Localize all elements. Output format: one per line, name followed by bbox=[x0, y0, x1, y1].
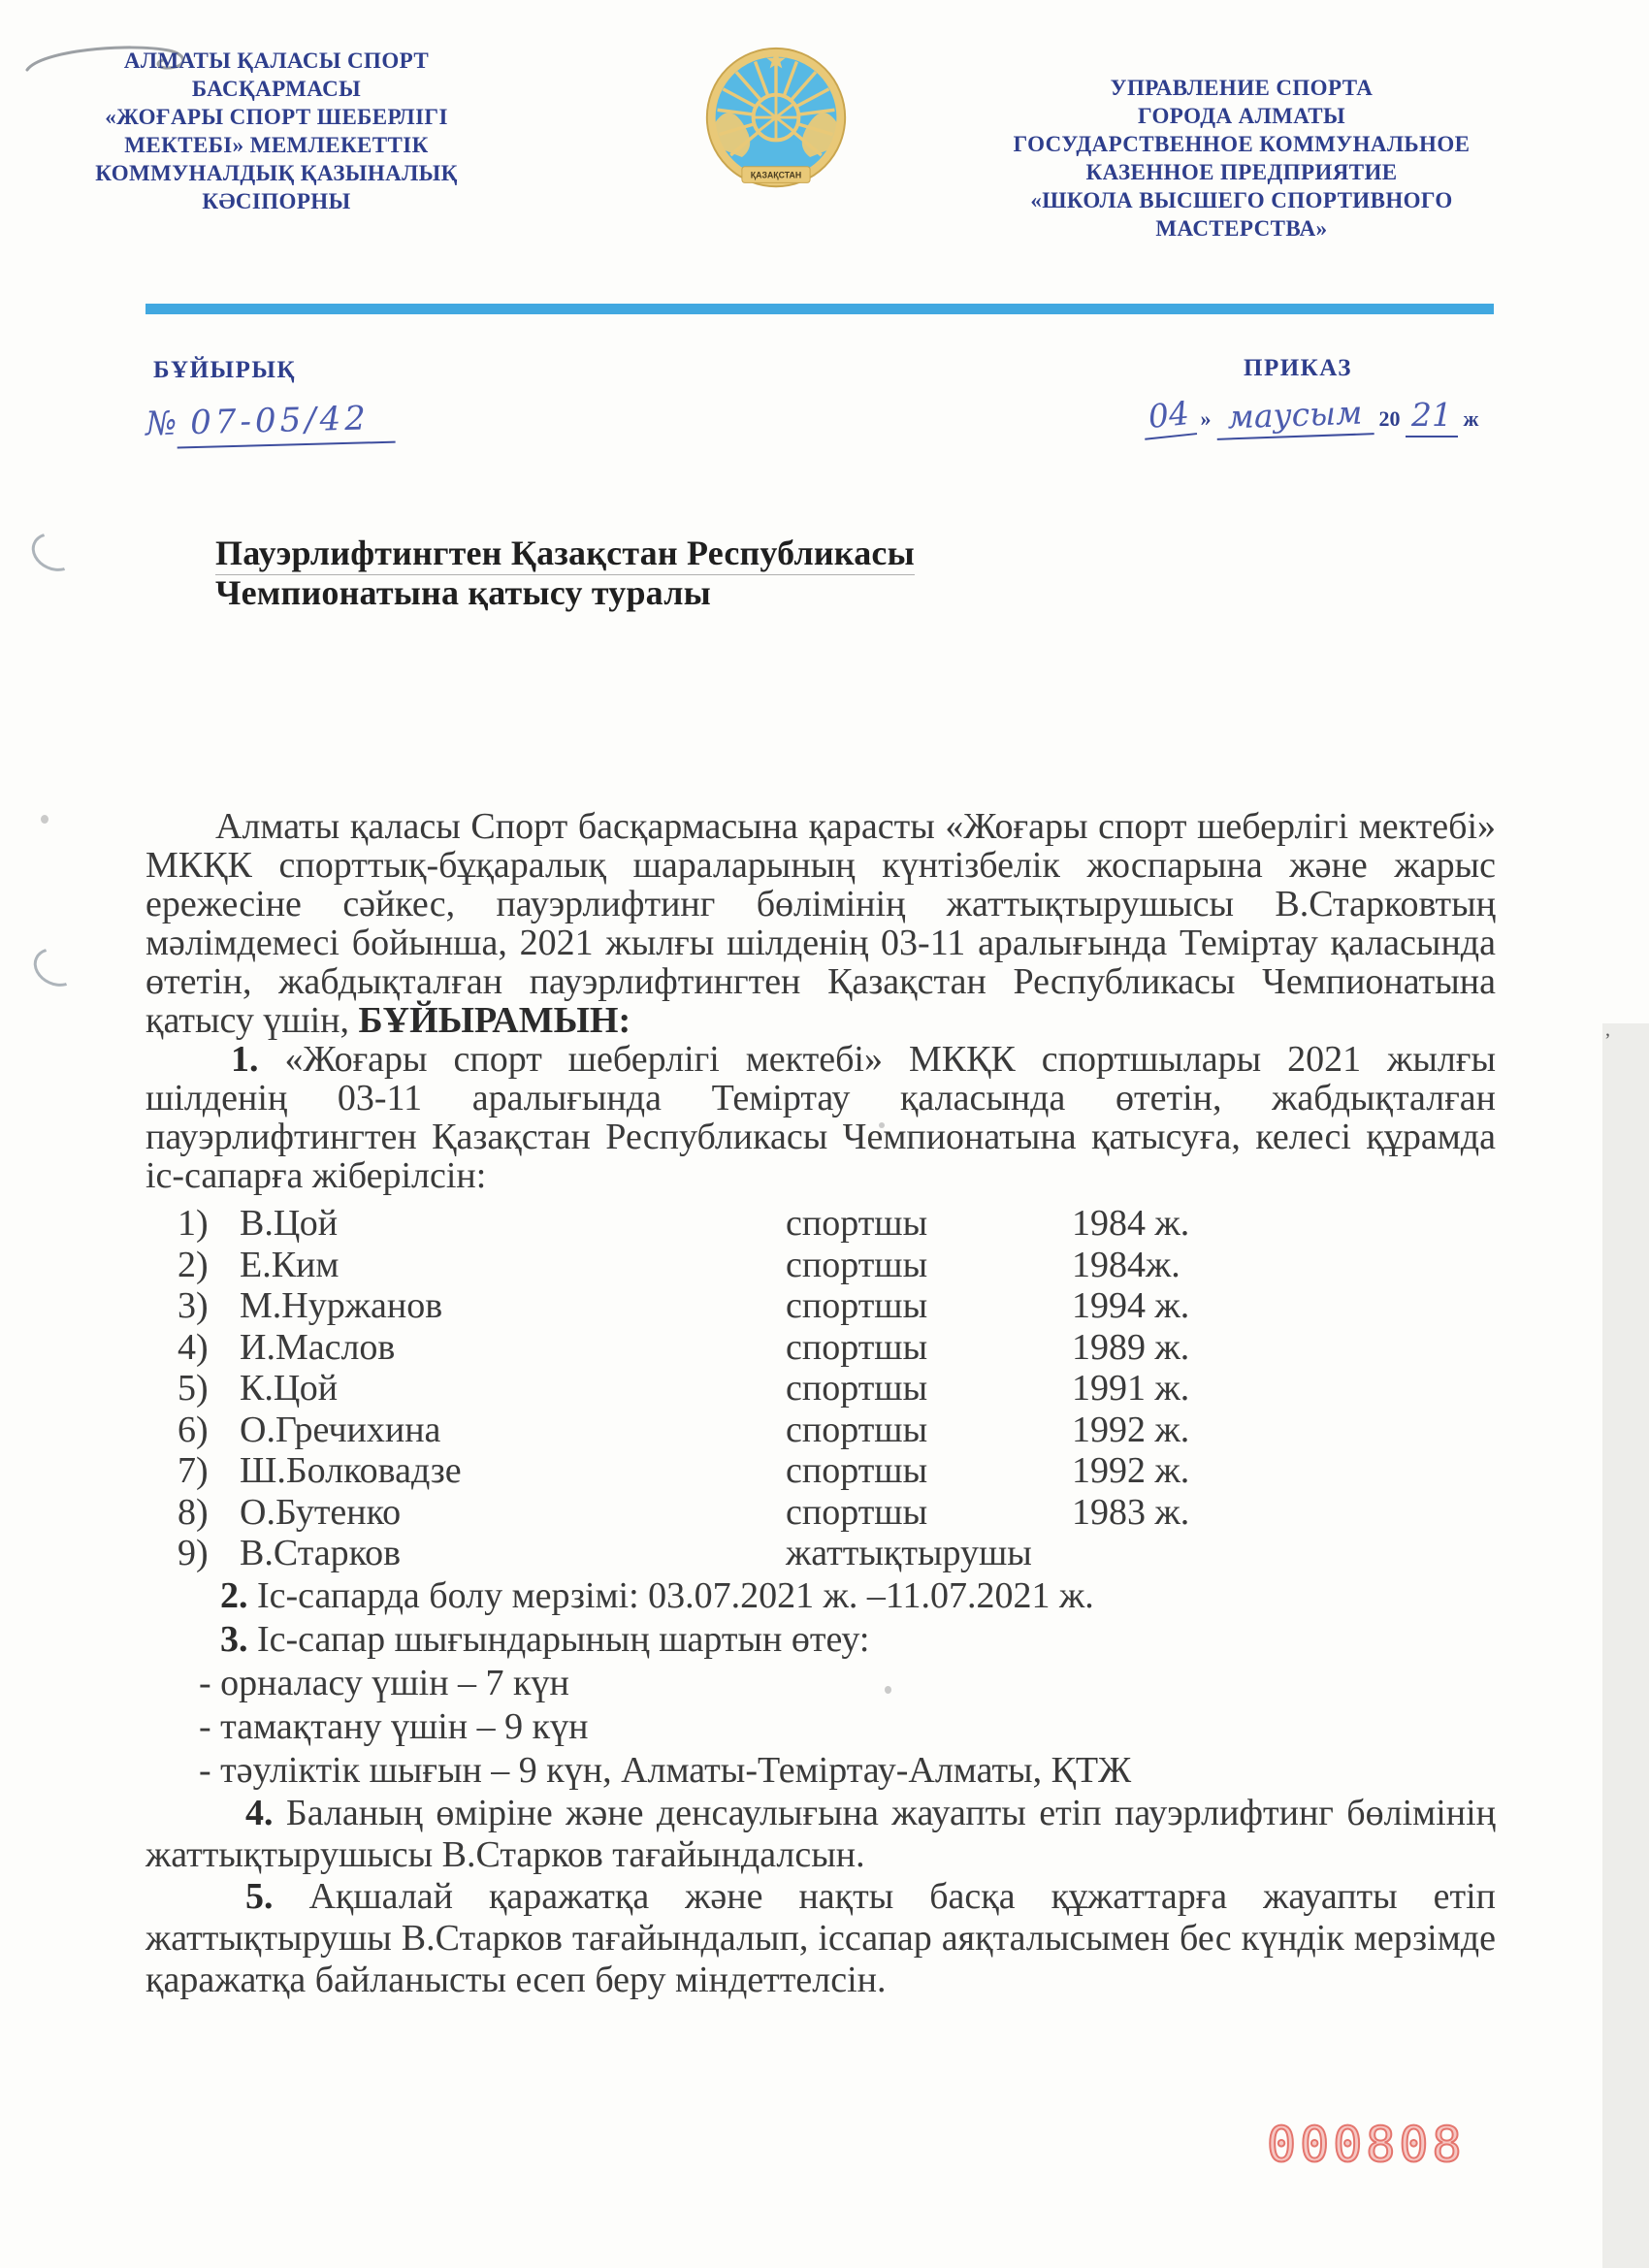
org-line: КОММУНАЛДЫҚ ҚАЗЫНАЛЫҚ bbox=[92, 159, 461, 187]
roster-name: Ш.Болковадзе bbox=[240, 1450, 786, 1492]
document-title: Пауэрлифтингтен Қазақстан Республикасы Ч… bbox=[215, 534, 915, 613]
expense-bullet: - тамақтану үшін – 9 күн bbox=[145, 1705, 1496, 1749]
roster-name: В.Цой bbox=[240, 1203, 786, 1245]
roster-row: 4) И.Маслов спортшы 1989 ж. bbox=[178, 1327, 1496, 1369]
preamble-text: Алматы қаласы Спорт басқармасына қарасты… bbox=[145, 806, 1496, 1041]
order-date-line: 04 » маусым 20 21 ж bbox=[1143, 396, 1478, 437]
org-line: «ШКОЛА ВЫСШЕГО СПОРТИВНОГО bbox=[965, 186, 1518, 214]
roster-index: 9) bbox=[178, 1533, 240, 1574]
roster-birth-year: 1984ж. bbox=[1072, 1245, 1496, 1286]
roster-name: И.Маслов bbox=[240, 1327, 786, 1369]
org-line: МЕКТЕБІ» МЕМЛЕКЕТТІК bbox=[92, 131, 461, 159]
roster-birth-year: 1994 ж. bbox=[1072, 1285, 1496, 1327]
scan-speck: ʼ bbox=[1604, 1030, 1611, 1053]
order-item-5: 5. Ақшалай қаражатқа және нақты басқа құ… bbox=[145, 1876, 1496, 2001]
item-number: 3. bbox=[220, 1619, 248, 1660]
roster-role: спортшы bbox=[786, 1368, 1072, 1409]
roster-birth-year: 1992 ж. bbox=[1072, 1409, 1496, 1451]
title-line-1: Пауэрлифтингтен Қазақстан Республикасы bbox=[215, 534, 915, 575]
roster-role: спортшы bbox=[786, 1492, 1072, 1534]
expense-bullet: - тәуліктік шығын – 9 күн, Алматы-Темірт… bbox=[145, 1749, 1496, 1793]
order-item-4: 4. Баланың өміріне және денсаулығына жау… bbox=[145, 1793, 1496, 1876]
roster-index: 5) bbox=[178, 1368, 240, 1409]
roster-name: М.Нуржанов bbox=[240, 1285, 786, 1327]
item-number: 4. bbox=[245, 1793, 274, 1833]
roster-name: Е.Ким bbox=[240, 1245, 786, 1286]
roster-row: 7) Ш.Болковадзе спортшы 1992 ж. bbox=[178, 1450, 1496, 1492]
roster-name: О.Бутенко bbox=[240, 1492, 786, 1534]
scan-speck bbox=[41, 815, 48, 824]
org-line: УПРАВЛЕНИЕ СПОРТА bbox=[965, 74, 1518, 102]
org-line: ГОРОДА АЛМАТЫ bbox=[965, 102, 1518, 130]
roster-index: 3) bbox=[178, 1285, 240, 1327]
item-number: 2. bbox=[220, 1575, 248, 1616]
registration-stamp-number: 000808 bbox=[1267, 2117, 1466, 2173]
roster-index: 6) bbox=[178, 1409, 240, 1451]
roster-index: 7) bbox=[178, 1450, 240, 1492]
roster-row: 9) В.Старков жаттықтырушы bbox=[178, 1533, 1496, 1574]
kazakhstan-emblem-icon: ҚАЗАҚСТАН bbox=[700, 44, 852, 195]
document-body: Алматы қаласы Спорт басқармасына қарасты… bbox=[145, 807, 1496, 2001]
date-century: 20 bbox=[1379, 406, 1401, 431]
item-text: Ақшалай қаражатқа және нақты басқа құжат… bbox=[145, 1876, 1496, 2000]
scan-edge-shadow bbox=[1602, 1023, 1649, 2268]
order-verb-bold: БҰЙЫРАМЫН: bbox=[359, 1000, 631, 1041]
expense-bullets: - орналасу үшін – 7 күн- тамақтану үшін … bbox=[145, 1662, 1496, 1793]
org-line: ГОСУДАРСТВЕННОЕ КОММУНАЛЬНОЕ bbox=[965, 130, 1518, 158]
emblem-caption: ҚАЗАҚСТАН bbox=[751, 170, 801, 179]
item-text: Іс-сапарда болу мерзімі: 03.07.2021 ж. –… bbox=[248, 1575, 1094, 1616]
org-line: «ЖОҒАРЫ СПОРТ ШЕБЕРЛІГІ bbox=[92, 103, 461, 131]
order-item-2: 2. Іс-сапарда болу мерзімі: 03.07.2021 ж… bbox=[145, 1574, 1496, 1618]
roster-role: спортшы bbox=[786, 1203, 1072, 1245]
roster-birth-year: 1983 ж. bbox=[1072, 1492, 1496, 1534]
order-item-3: 3. Іс-сапар шығындарының шартын өтеу: bbox=[145, 1618, 1496, 1662]
scanned-order-document: ʼ АЛМАТЫ ҚАЛАСЫ СПОРТБАСҚАРМАСЫ«ЖОҒАРЫ С… bbox=[0, 0, 1649, 2268]
item-text: Баланың өміріне және денсаулығына жауапт… bbox=[145, 1793, 1496, 1875]
preamble-paragraph: Алматы қаласы Спорт басқармасына қарасты… bbox=[145, 807, 1496, 1040]
item-text: Іс-сапар шығындарының шартын өтеу: bbox=[248, 1619, 870, 1660]
roster-birth-year: 1984 ж. bbox=[1072, 1203, 1496, 1245]
punch-hole-mark bbox=[31, 534, 76, 570]
org-line: МАСТЕРСТВА» bbox=[965, 214, 1518, 243]
roster-row: 5) К.Цой спортшы 1991 ж. bbox=[178, 1368, 1496, 1409]
date-suffix: ж bbox=[1464, 406, 1479, 431]
org-name-russian: УПРАВЛЕНИЕ СПОРТАГОРОДА АЛМАТЫГОСУДАРСТВ… bbox=[965, 74, 1518, 243]
roster-name: К.Цой bbox=[240, 1368, 786, 1409]
roster-index: 2) bbox=[178, 1245, 240, 1286]
roster-row: 3) М.Нуржанов спортшы 1994 ж. bbox=[178, 1285, 1496, 1327]
roster-birth-year bbox=[1072, 1533, 1496, 1574]
date-year-handwritten: 21 bbox=[1406, 396, 1458, 437]
roster-index: 1) bbox=[178, 1203, 240, 1245]
order-item-1: 1. «Жоғары спорт шеберлігі мектебі» МКҚК… bbox=[145, 1040, 1496, 1195]
roster-row: 1) В.Цой спортшы 1984 ж. bbox=[178, 1203, 1496, 1245]
date-month-handwritten: маусым bbox=[1215, 393, 1374, 440]
item-number: 5. bbox=[245, 1876, 274, 1917]
order-number-handwritten: №07-05/42 bbox=[145, 399, 396, 444]
org-line: БАСҚАРМАСЫ bbox=[92, 75, 461, 103]
item-text: «Жоғары спорт шеберлігі мектебі» МКҚК сп… bbox=[145, 1039, 1496, 1196]
letterhead-divider-bar bbox=[145, 304, 1494, 314]
roster-row: 6) О.Гречихина спортшы 1992 ж. bbox=[178, 1409, 1496, 1451]
roster-birth-year: 1991 ж. bbox=[1072, 1368, 1496, 1409]
roster-role: спортшы bbox=[786, 1409, 1072, 1451]
order-label-russian: ПРИКАЗ bbox=[1244, 355, 1352, 382]
org-line: КӘСІПОРНЫ bbox=[92, 187, 461, 215]
date-day-handwritten: 04 bbox=[1141, 393, 1197, 439]
roster-name: В.Старков bbox=[240, 1533, 786, 1574]
expense-bullet: - орналасу үшін – 7 күн bbox=[145, 1662, 1496, 1705]
number-sign: № bbox=[145, 405, 178, 444]
roster-name: О.Гречихина bbox=[240, 1409, 786, 1451]
roster-role: спортшы bbox=[786, 1245, 1072, 1286]
roster-role: спортшы bbox=[786, 1450, 1072, 1492]
org-name-kazakh: АЛМАТЫ ҚАЛАСЫ СПОРТБАСҚАРМАСЫ«ЖОҒАРЫ СПО… bbox=[92, 47, 461, 215]
item-number: 1. bbox=[231, 1039, 259, 1080]
roster-role: спортшы bbox=[786, 1327, 1072, 1369]
date-quote: » bbox=[1201, 406, 1212, 431]
athlete-roster: 1) В.Цой спортшы 1984 ж. 2) Е.Ким спортш… bbox=[145, 1203, 1496, 1574]
order-label-kazakh: БҰЙЫРЫҚ bbox=[153, 357, 296, 384]
order-number-value: 07-05/42 bbox=[177, 399, 396, 449]
roster-birth-year: 1989 ж. bbox=[1072, 1327, 1496, 1369]
roster-birth-year: 1992 ж. bbox=[1072, 1450, 1496, 1492]
roster-row: 2) Е.Ким спортшы 1984ж. bbox=[178, 1245, 1496, 1286]
punch-hole-mark bbox=[33, 949, 78, 986]
roster-index: 4) bbox=[178, 1327, 240, 1369]
org-line: КАЗЕННОЕ ПРЕДПРИЯТИЕ bbox=[965, 158, 1518, 186]
roster-role: спортшы bbox=[786, 1285, 1072, 1327]
org-line: АЛМАТЫ ҚАЛАСЫ СПОРТ bbox=[92, 47, 461, 75]
roster-role: жаттықтырушы bbox=[786, 1533, 1072, 1574]
title-line-2: Чемпионатына қатысу туралы bbox=[215, 573, 711, 612]
roster-row: 8) О.Бутенко спортшы 1983 ж. bbox=[178, 1492, 1496, 1534]
roster-index: 8) bbox=[178, 1492, 240, 1534]
